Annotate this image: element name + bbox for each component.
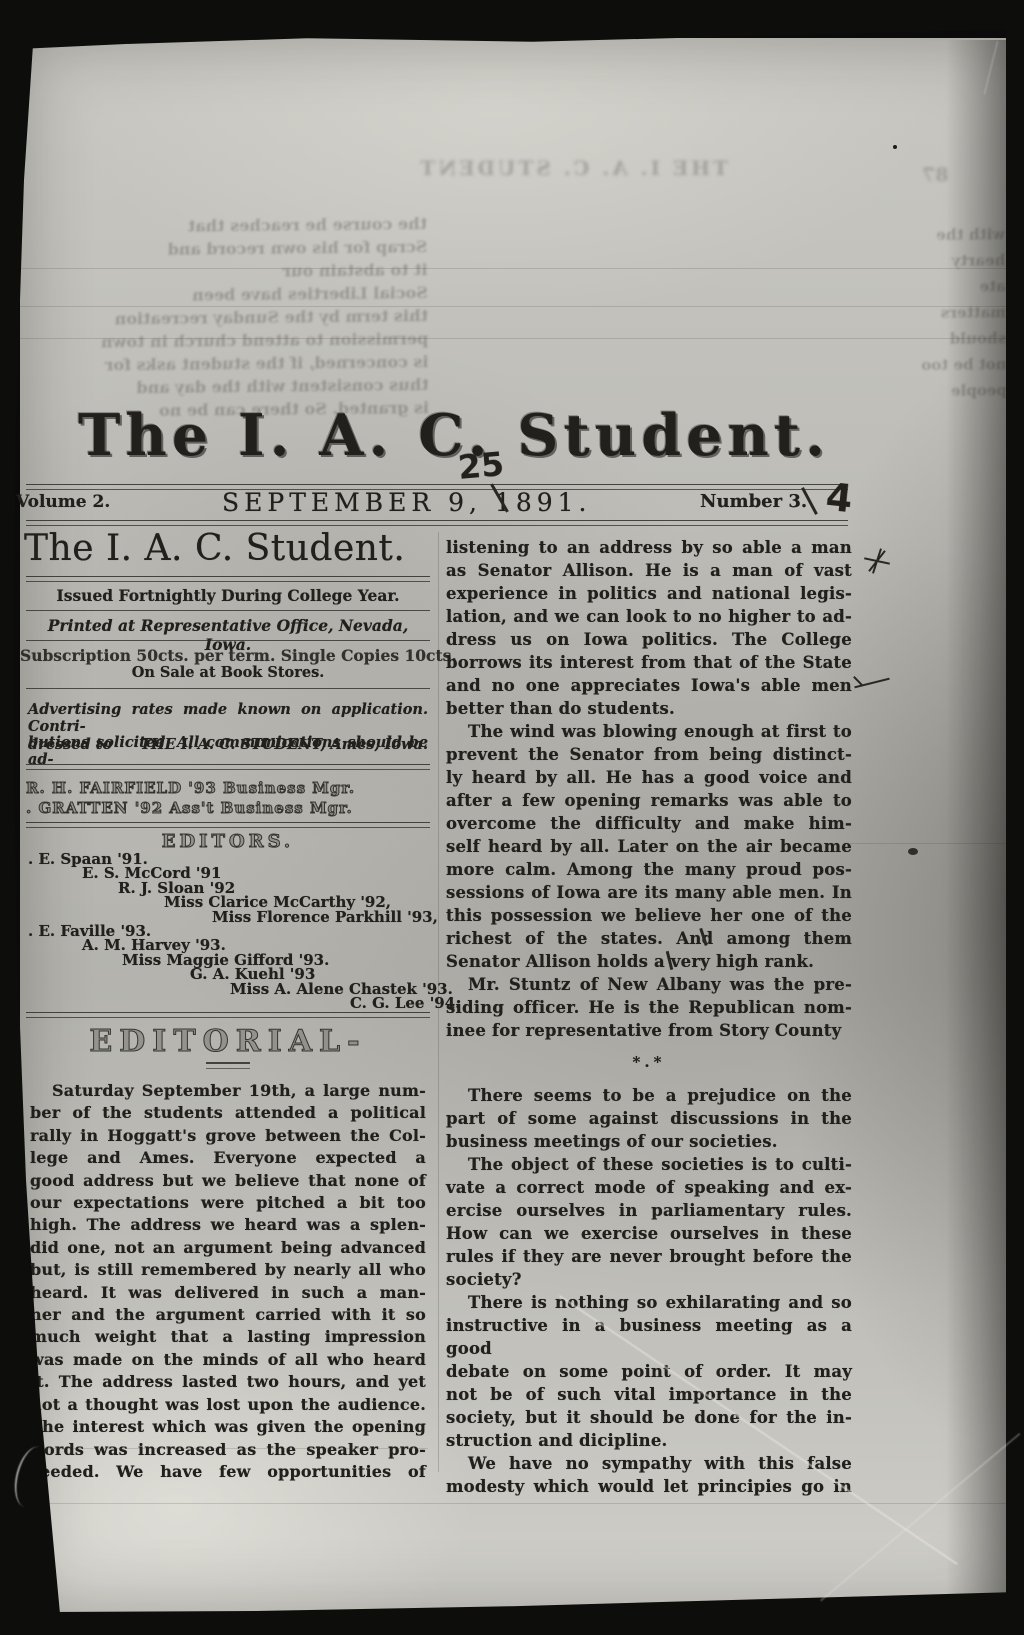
- crease-line: [0, 1503, 1010, 1504]
- text-line: after a few opening remarks was able to: [446, 789, 852, 812]
- text-line: ly heard by all. He has a good voice and: [446, 766, 852, 789]
- rule: [26, 688, 430, 689]
- advertising-block: Advertising rates made known on applicat…: [28, 702, 428, 768]
- text-line: more calm. Among the many proud pos-: [446, 858, 852, 881]
- text-line: lation, and we can look to no higher to …: [446, 605, 852, 628]
- text-line: society?: [446, 1268, 852, 1291]
- text-line: part of some against discussions in the: [446, 1107, 852, 1130]
- text-line: business meetings of our societies.: [446, 1130, 852, 1153]
- text-line: ercise ourselves in parliamentary rules.: [446, 1199, 852, 1222]
- ghost-page-number: 87: [922, 164, 948, 186]
- text-line: not be of such vital importance in the: [446, 1383, 852, 1406]
- text-line: ber of the students attended a political: [30, 1102, 426, 1124]
- text-line: it. The address lasted two hours, and ye…: [30, 1371, 426, 1393]
- text-line: Mr. Stuntz of New Albany was the pre-: [446, 973, 852, 996]
- handwritten-25: 25: [456, 444, 505, 487]
- text-line: How can we exercise ourselves in these: [446, 1222, 852, 1245]
- text-line: lege and Ames. Everyone expected a: [30, 1147, 426, 1169]
- asst-business-manager-line: . GRATTEN '92 Ass't Business Mgr.: [26, 799, 430, 817]
- text-line: dress us on Iowa politics. The College: [446, 628, 852, 651]
- text-line: our expectations were pitched a bit too: [30, 1192, 426, 1214]
- text-line: ceeded. We have few opportunities of: [30, 1461, 426, 1483]
- text-line: modesty which would let principies go in: [446, 1475, 852, 1498]
- masthead-rule-bottom: [26, 520, 848, 526]
- text-line: instructive in a business meeting as a g…: [446, 1314, 852, 1360]
- text-line: rules if they are never brought before t…: [446, 1245, 852, 1268]
- text-line: richest of the states. And among them: [446, 927, 852, 950]
- text-line: siding officer. He is the Republican nom…: [446, 996, 852, 1019]
- text-line: did one, not an argument being advanced: [30, 1237, 426, 1259]
- text-line: The object of these societies is to cult…: [446, 1153, 852, 1176]
- advertising-address-line: dressed to THE I. A. C. STUDENT, Ames, I…: [28, 736, 428, 753]
- text-line: Saturday September 19th, a large num-: [30, 1080, 426, 1102]
- text-line: heard. It was delivered in such a man-: [30, 1282, 426, 1304]
- text-line: There is nothing so exhilarating and so: [446, 1291, 852, 1314]
- text-line: listening to an address by so able a man: [446, 536, 852, 559]
- editorial-heading: EDITORIAL-: [28, 1024, 428, 1059]
- handwritten-4: 4: [824, 475, 855, 522]
- business-manager-line: R. H. FAIRFIELD '93 Business Mgr.: [26, 779, 430, 797]
- text-line: was made on the minds of all who heard: [30, 1349, 426, 1371]
- text-line: The wind was blowing enough at first to: [446, 720, 852, 743]
- text-line: self heard by all. Later on the air beca…: [446, 835, 852, 858]
- crease-line: [0, 338, 1010, 339]
- photo-edge-right: [1006, 0, 1024, 1635]
- text-line: as Senator Allison. He is a man of vast: [446, 559, 852, 582]
- rule: [26, 764, 430, 770]
- text-line: but, is still remembered by nearly all w…: [30, 1259, 426, 1281]
- number-label: Number 3.: [700, 491, 807, 512]
- text-line: The interest which was given the opening: [30, 1416, 426, 1438]
- editor-name: C. G. Lee '94.: [350, 996, 430, 1010]
- text-line: vate a correct mode of speaking and ex-: [446, 1176, 852, 1199]
- right-edge-shadow: [946, 40, 1008, 1600]
- editors-list: . E. Spaan '91.E. S. McCord '91R. J. Slo…: [26, 852, 430, 1010]
- text-line: *.*: [446, 1051, 852, 1074]
- crease-line: [0, 268, 1010, 269]
- text-line: Advertising rates made known on applicat…: [28, 702, 428, 735]
- rule: [26, 640, 430, 641]
- text-line: much weight that a lasting impression: [30, 1326, 426, 1348]
- subscription-line: Subscription 50cts. per term. Single Cop…: [20, 646, 434, 665]
- editorial-heading-dash: [206, 1062, 250, 1069]
- text-line: sessions of Iowa are its many able men. …: [446, 881, 852, 904]
- ghost-text-block: the course he reaches thatScrap for his …: [55, 212, 429, 423]
- text-line: ner and the argument carried with it so: [30, 1304, 426, 1326]
- text-line: Senator Allison holds a very high rank.: [446, 950, 852, 973]
- text-line: borrows its interest from that of the St…: [446, 651, 852, 674]
- ghost-masthead-mirrored: THE I. A. C. STUDENT: [388, 156, 728, 180]
- text-line: inee for representative from Story Count…: [446, 1019, 852, 1042]
- crease-line: [0, 306, 1016, 307]
- masthead-title: The I. A. C. Student.: [66, 402, 842, 469]
- scanned-newspaper-page: THE I. A. C. STUDENT 87 the course he re…: [0, 0, 1024, 1635]
- editor-name: Miss Florence Parkhill '93,: [212, 910, 430, 924]
- dateline: SEPTEMBER 9, 1891.: [222, 488, 591, 517]
- text-line: experience in politics and national legi…: [446, 582, 852, 605]
- volume-label: Volume 2.: [16, 492, 110, 512]
- pen-arrow-mark-icon: [850, 672, 890, 692]
- text-line: struction and dicipline.: [446, 1429, 852, 1452]
- pen-star-mark-icon: [864, 548, 890, 574]
- text-line: debate on some point of order. It may: [446, 1360, 852, 1383]
- rule: [26, 610, 430, 611]
- rule: [26, 1012, 430, 1018]
- on-sale-line: On Sale at Book Stores.: [28, 664, 428, 681]
- text-line: overcome the difficulty and make him-: [446, 812, 852, 835]
- right-column-body: listening to an address by so able a man…: [446, 536, 852, 1498]
- issued-line: Issued Fortnightly During College Year.: [28, 586, 428, 605]
- crease-line: [28, 1448, 428, 1449]
- text-line: words was increased as the speaker pro-: [30, 1439, 426, 1461]
- text-line: high. The address we heard was a splen-: [30, 1214, 426, 1236]
- left-column-head: The I. A. C. Student.: [24, 528, 434, 569]
- editorial-body: Saturday September 19th, a large num-ber…: [30, 1080, 426, 1483]
- text-line: There seems to be a prejudice on the: [446, 1084, 852, 1107]
- text-line: good address but we believe that none of: [30, 1170, 426, 1192]
- text-line: and no one appreciates Iowa's able men: [446, 674, 852, 697]
- editors-heading: EDITORS.: [28, 831, 428, 852]
- text-line: not a thought was lost upon the audience…: [30, 1394, 426, 1416]
- rule: [26, 822, 430, 828]
- text-line: society, but it should be done for the i…: [446, 1406, 852, 1429]
- address-text: THE I. A. C. STUDENT, Ames, Iowa.: [140, 736, 428, 753]
- address-prefix: dressed to: [28, 736, 112, 753]
- rule: [26, 576, 430, 582]
- text-line: better than do students.: [446, 697, 852, 720]
- text-line: rally in Hoggatt's grove between the Col…: [30, 1125, 426, 1147]
- text-line: We have no sympathy with this false: [446, 1452, 852, 1475]
- text-line: this possession we believe her one of th…: [446, 904, 852, 927]
- ink-speck: [893, 145, 897, 149]
- text-line: prevent the Senator from being distinct-: [446, 743, 852, 766]
- ink-blot: [908, 848, 918, 855]
